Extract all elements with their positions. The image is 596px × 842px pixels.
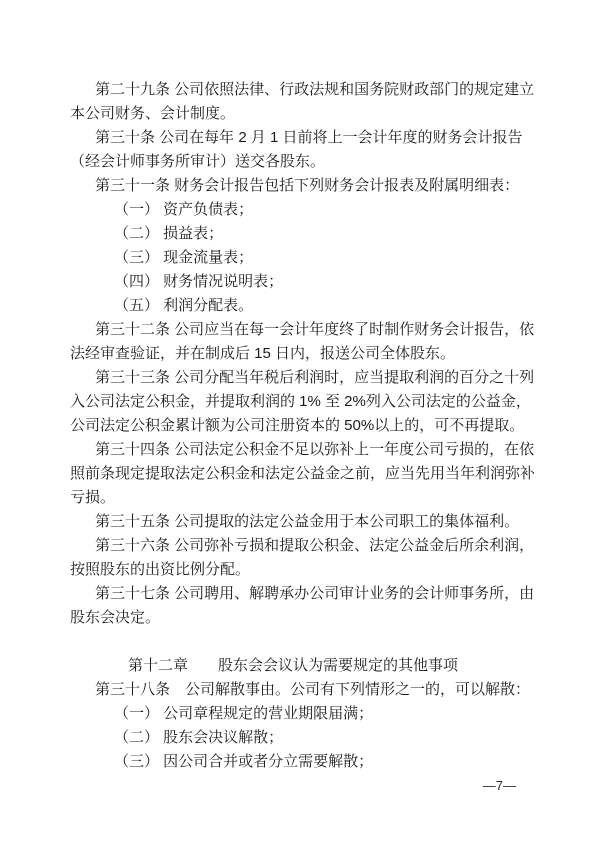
text-line: 第三十八条 公司解散事由。公司有下列情形之一的，可以解散： (70, 678, 516, 702)
text-line: 法经审查验证，并在制成后 15 日内，报送公司全体股东。 (70, 342, 516, 366)
chapter-heading: 第十二章 股东会会议认为需要规定的其他事项 (70, 654, 516, 678)
text-line: 照前条现定提取法定公积金和法定公益金之前，应当先用当年利润弥补 (70, 462, 516, 486)
text-line: （四） 财务情况说明表； (70, 270, 516, 294)
paragraph: 第三十七条 公司聘用、解聘承办公司审计业务的会计师事务所，由股东会决定。 (70, 582, 516, 630)
paragraph: 第三十一条 财务会计报告包括下列财务会计报表及附属明细表： (70, 174, 516, 198)
page-number: —7— (70, 774, 516, 798)
text-line: （二） 股东会决议解散； (70, 726, 516, 750)
text-line: 公司法定公积金累计额为公司注册资本的 50%以上的，可不再提取。 (70, 414, 516, 438)
list-item: （三） 因公司合并或者分立需要解散； (70, 750, 516, 774)
text-line: 第三十五条 公司提取的法定公益金用于本公司职工的集体福利。 (70, 510, 516, 534)
document-page: 第二十九条 公司依照法律、行政法规和国务院财政部门的规定建立本公司财务、会计制度… (0, 0, 596, 842)
text-line: （三） 因公司合并或者分立需要解散； (70, 750, 516, 774)
list-item: （四） 财务情况说明表； (70, 270, 516, 294)
paragraph: 第三十八条 公司解散事由。公司有下列情形之一的，可以解散： (70, 678, 516, 702)
text-line: 第三十条 公司在每年 2 月 1 日前将上一会计年度的财务会计报告 (70, 126, 516, 150)
text-line: 第三十一条 财务会计报告包括下列财务会计报表及附属明细表： (70, 174, 516, 198)
text-line: 第三十六条 公司弥补亏损和提取公积金、法定公益金后所余利润， (70, 534, 516, 558)
text-line: 股东会决定。 (70, 606, 516, 630)
text-line: 第三十四条 公司法定公积金不足以弥补上一年度公司亏损的，在依 (70, 438, 516, 462)
list-item: （五） 利润分配表。 (70, 294, 516, 318)
text-line: 第三十二条 公司应当在每一会计年度终了时制作财务会计报告，依 (70, 318, 516, 342)
list-item: （一） 资产负债表； (70, 198, 516, 222)
text-line: （经会计师事务所审计）送交各股东。 (70, 150, 516, 174)
document-content: 第二十九条 公司依照法律、行政法规和国务院财政部门的规定建立本公司财务、会计制度… (70, 78, 516, 774)
list-item: （二） 股东会决议解散； (70, 726, 516, 750)
paragraph: 第三十条 公司在每年 2 月 1 日前将上一会计年度的财务会计报告（经会计师事务… (70, 126, 516, 174)
text-line: （二） 损益表； (70, 222, 516, 246)
text-line: 第三十三条 公司分配当年税后利润时，应当提取利润的百分之十列 (70, 366, 516, 390)
text-line: 第二十九条 公司依照法律、行政法规和国务院财政部门的规定建立 (70, 78, 516, 102)
text-line: 本公司财务、会计制度。 (70, 102, 516, 126)
paragraph: 第三十二条 公司应当在每一会计年度终了时制作财务会计报告，依法经审查验证，并在制… (70, 318, 516, 366)
paragraph: 第三十五条 公司提取的法定公益金用于本公司职工的集体福利。 (70, 510, 516, 534)
text-line: 第十二章 股东会会议认为需要规定的其他事项 (70, 654, 516, 678)
text-line: 第三十七条 公司聘用、解聘承办公司审计业务的会计师事务所，由 (70, 582, 516, 606)
list-item: （一） 公司章程规定的营业期限届满； (70, 702, 516, 726)
document-body: 第二十九条 公司依照法律、行政法规和国务院财政部门的规定建立本公司财务、会计制度… (70, 78, 516, 798)
text-line: 亏损。 (70, 486, 516, 510)
list-item: （三） 现金流量表； (70, 246, 516, 270)
text-line: （一） 资产负债表； (70, 198, 516, 222)
text-line: （三） 现金流量表； (70, 246, 516, 270)
text-line: 入公司法定公积金，并提取利润的 1% 至 2%列入公司法定的公益金， (70, 390, 516, 414)
text-line: 按照股东的出资比例分配。 (70, 558, 516, 582)
paragraph: 第二十九条 公司依照法律、行政法规和国务院财政部门的规定建立本公司财务、会计制度… (70, 78, 516, 126)
paragraph: 第三十三条 公司分配当年税后利润时，应当提取利润的百分之十列入公司法定公积金，并… (70, 366, 516, 438)
text-line: （一） 公司章程规定的营业期限届满； (70, 702, 516, 726)
spacer (70, 630, 516, 654)
list-item: （二） 损益表； (70, 222, 516, 246)
paragraph: 第三十四条 公司法定公积金不足以弥补上一年度公司亏损的，在依照前条现定提取法定公… (70, 438, 516, 510)
paragraph: 第三十六条 公司弥补亏损和提取公积金、法定公益金后所余利润，按照股东的出资比例分… (70, 534, 516, 582)
text-line: （五） 利润分配表。 (70, 294, 516, 318)
